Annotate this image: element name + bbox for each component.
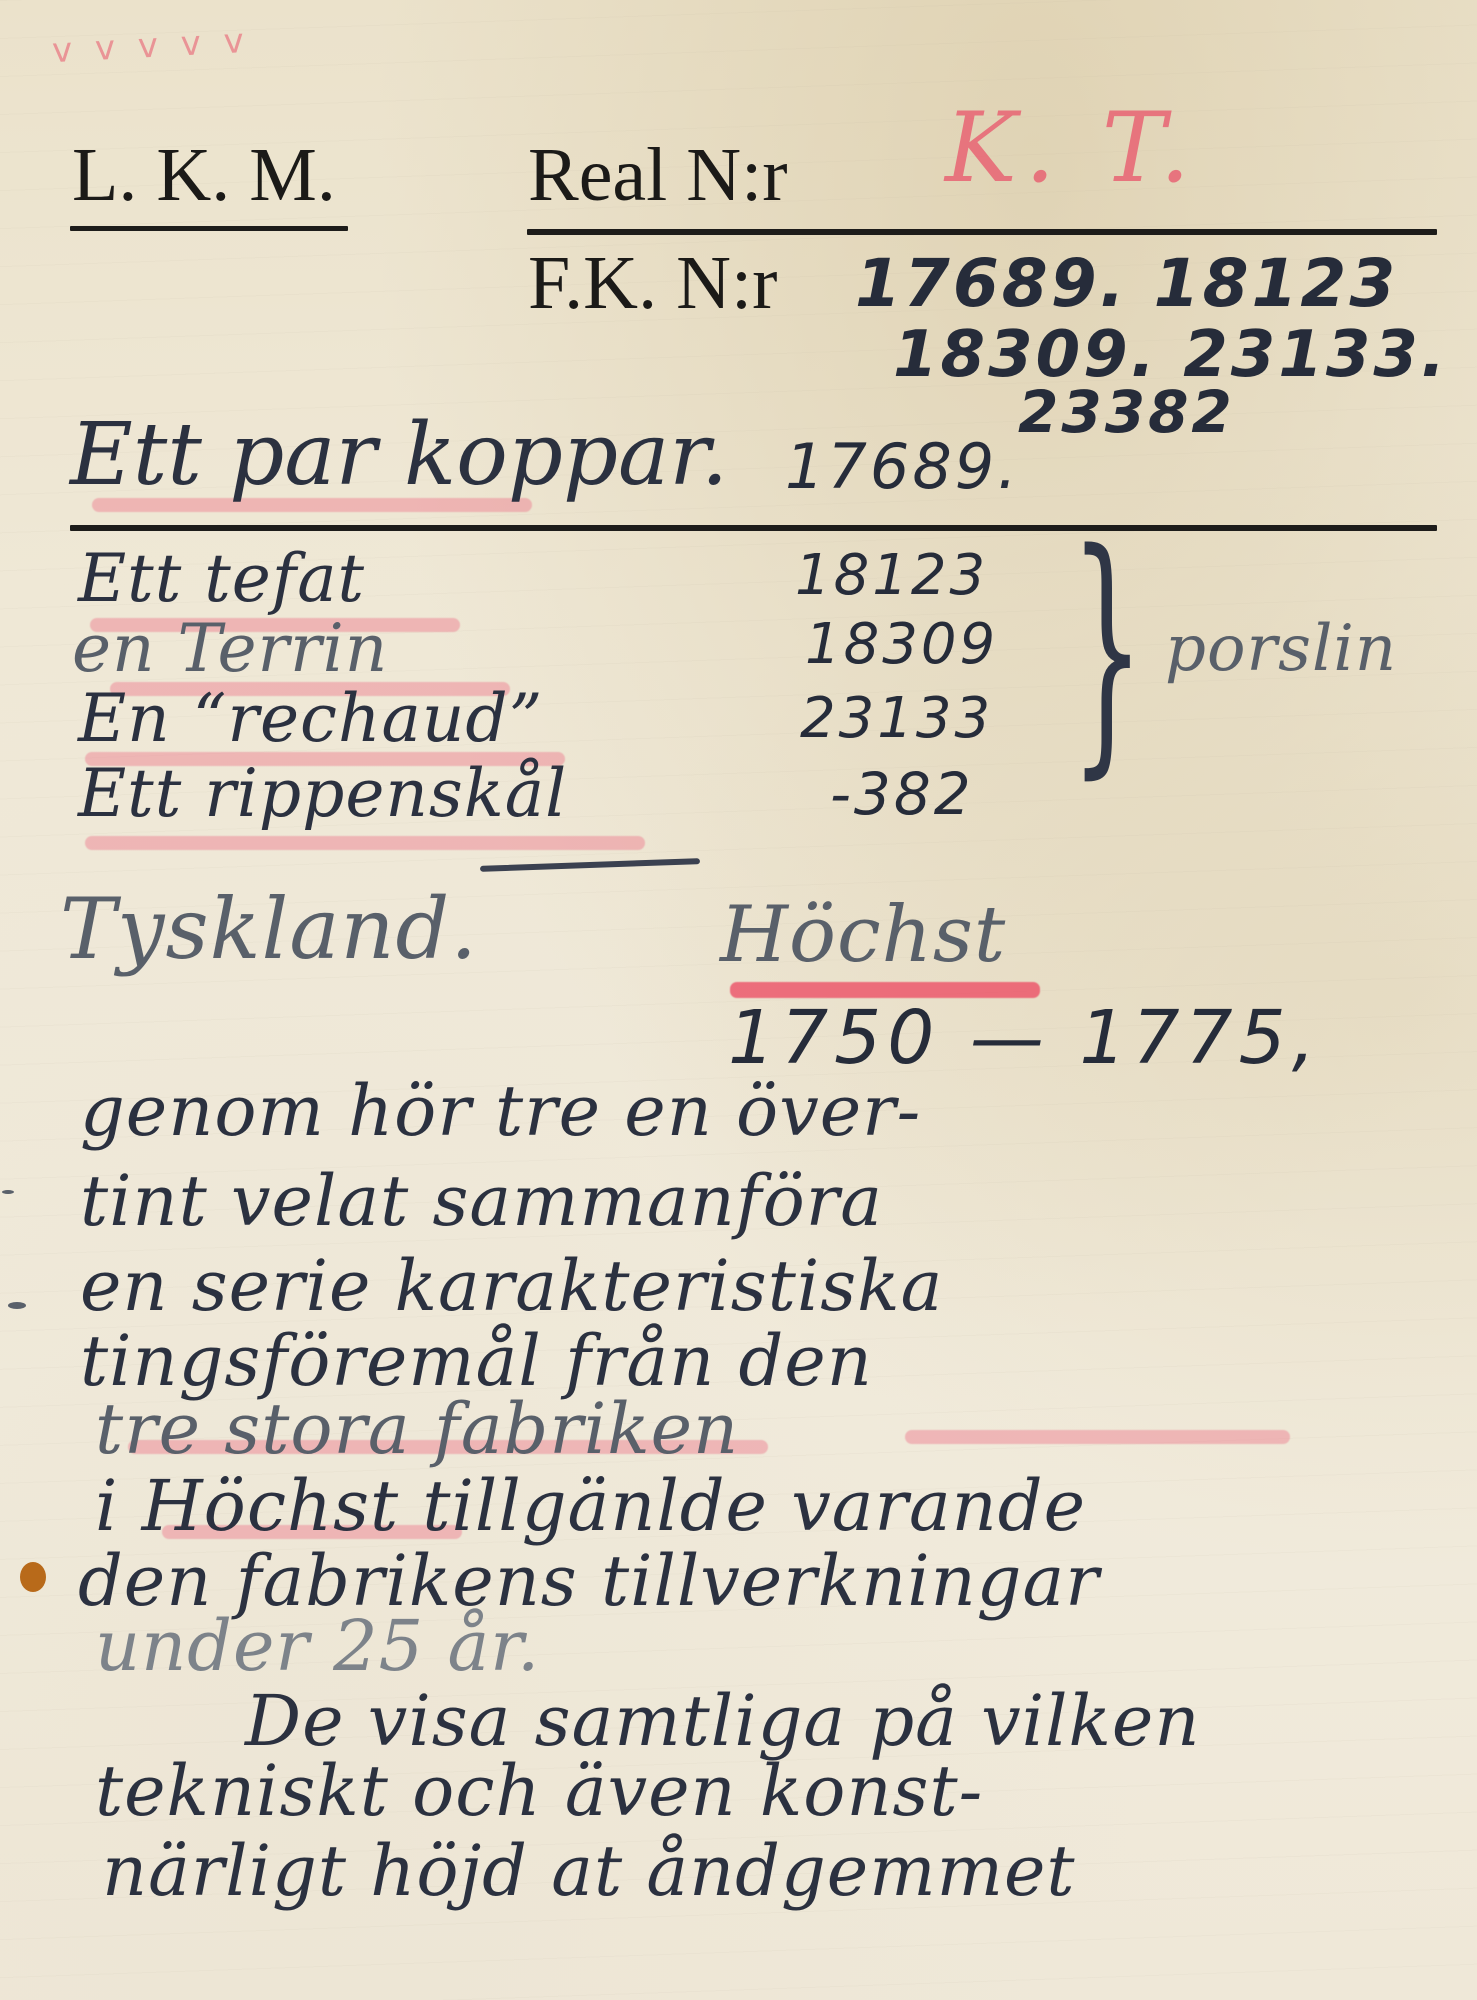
item-number: 18123 <box>795 543 988 608</box>
ink-stain <box>20 1562 46 1592</box>
item-text: Ett tefat <box>78 540 365 617</box>
item-highlight <box>85 836 645 850</box>
fk-number-label: F.K. N:r <box>528 240 777 327</box>
item-text: En “rechaud” <box>78 680 543 757</box>
fk-numbers-line-1: 17689. 18123 <box>855 245 1398 322</box>
real-number-value: K. T. <box>945 92 1198 204</box>
origin-period: 1750 — 1775, <box>728 995 1321 1081</box>
body-line: närligt höjd at åndgemmet <box>102 1830 1076 1912</box>
body-highlight <box>905 1430 1290 1444</box>
item-number: 23133 <box>800 686 993 751</box>
item-number: 18309 <box>805 612 998 677</box>
institution-rule <box>70 226 348 231</box>
real-number-label: Real N:r <box>528 132 788 219</box>
item-text: en Terrin <box>72 610 388 687</box>
body-line: en serie karakteristiska <box>80 1245 943 1327</box>
body-line: tre stora fabriken <box>95 1388 739 1470</box>
margin-dash <box>8 1302 26 1309</box>
origin-factory: Höchst <box>720 890 1006 980</box>
object-title: Ett par koppar. <box>70 405 728 505</box>
institution-label: L. K. M. <box>72 132 336 219</box>
fk-numbers-line-3: 23382 <box>1018 378 1235 446</box>
body-line: under 25 år. <box>95 1605 540 1687</box>
margin-dash <box>2 1190 14 1194</box>
body-line: tint velat sammanföra <box>80 1160 883 1242</box>
body-line: tekniskt och även konst- <box>95 1750 983 1832</box>
body-line: i Höchst tillgänlde varande <box>95 1465 1086 1547</box>
header-rule <box>527 229 1437 235</box>
title-rule <box>70 525 1437 531</box>
item-text: Ett rippenskål <box>78 755 567 832</box>
origin-country: Tyskland. <box>60 880 478 978</box>
archive-card-page: v v v v v L. K. M. Real N:r K. T. F.K. N… <box>0 0 1477 2000</box>
object-title-number: 17689. <box>785 430 1020 503</box>
body-line: genom hör tre en över- <box>80 1070 921 1152</box>
group-label: porslin <box>1165 612 1397 686</box>
grouping-brace: } <box>1070 520 1144 780</box>
item-number: -382 <box>830 760 974 828</box>
